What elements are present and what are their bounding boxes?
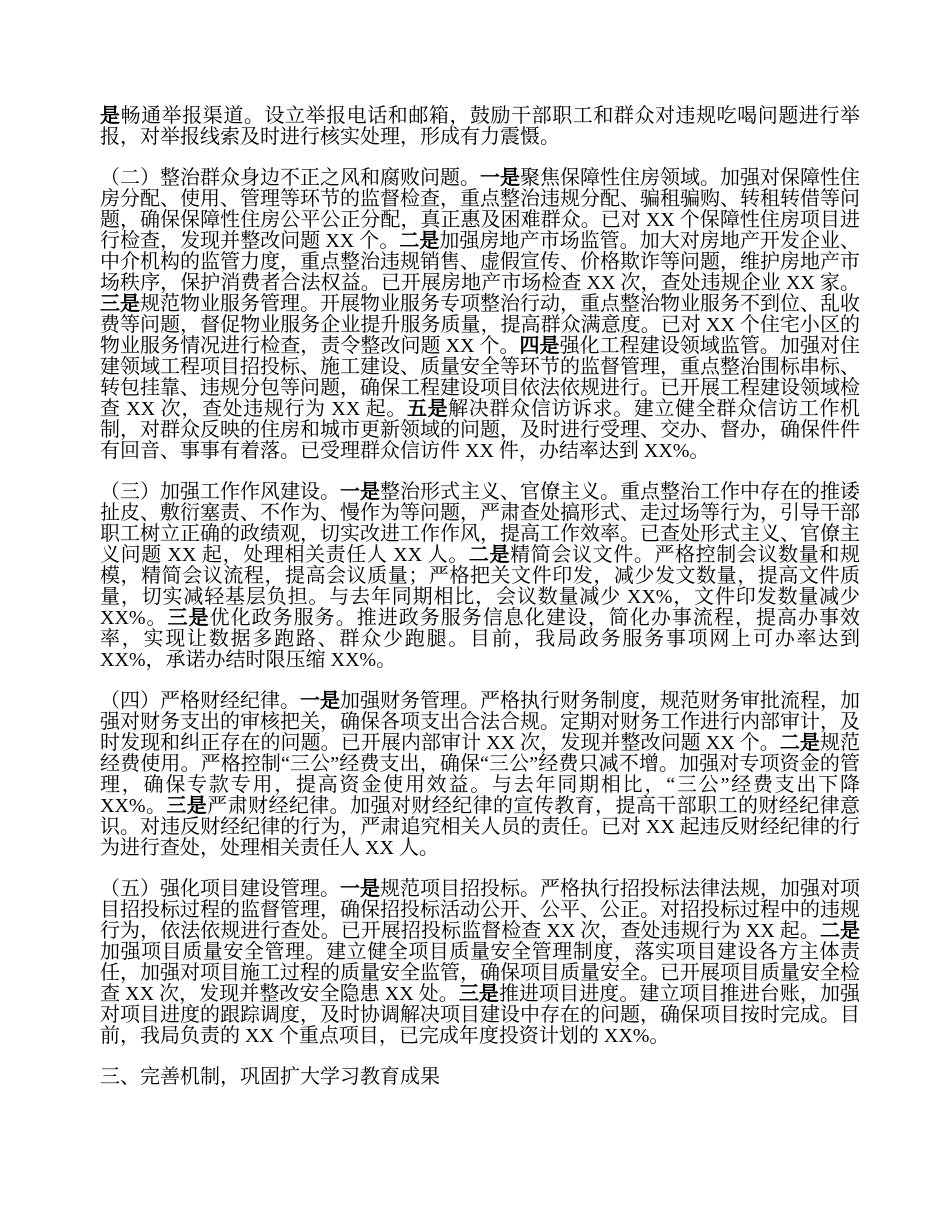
emphasis-run: 是: [100, 105, 121, 127]
section-heading: 三、完善机制，巩固扩大学习教育成果: [100, 1067, 860, 1088]
emphasis-run: 三是: [459, 983, 499, 1005]
paragraph: （三）加强工作作风建设。一是整治形式主义、官僚主义。重点整治工作中存在的推诿扯皮…: [100, 482, 860, 671]
text-run: 三、完善机制，巩固扩大学习教育成果: [100, 1066, 440, 1088]
paragraph: （四）严格财经纪律。一是加强财务管理。严格执行财务制度，规范财务审批流程，加强对…: [100, 691, 860, 859]
emphasis-run: 三是: [168, 607, 210, 629]
paragraph: （五）强化项目建设管理。一是规范项目招投标。严格执行招投标法律法规，加强对项目招…: [100, 879, 860, 1047]
emphasis-run: 三是: [100, 293, 140, 315]
emphasis-run: 五是: [407, 398, 448, 420]
text-run: 严肃财经纪律。加强对财经纪律的宣传教育，提高干部职工的财经纪律意识。对违反财经纪…: [100, 795, 860, 859]
emphasis-run: 二是: [399, 230, 439, 252]
emphasis-run: 二是: [469, 544, 510, 566]
paragraph: 是畅通举报渠道。设立举报电话和邮箱，鼓励干部职工和群众对违规吃喝问题进行举报，对…: [100, 106, 860, 148]
emphasis-run: 一是: [300, 690, 340, 712]
emphasis-run: 一是: [480, 167, 520, 189]
text-run: （五）强化项目建设管理。: [100, 878, 340, 900]
text-run: 畅通举报渠道。设立举报电话和邮箱，鼓励干部职工和群众对违规吃喝问题进行举报，对举…: [100, 105, 860, 148]
emphasis-run: 四是: [520, 335, 560, 357]
emphasis-run: 二是: [820, 920, 860, 942]
text-run: 优化政务服务。推进政务服务信息化建设，简化办事流程，提高办事效率，实现让数据多跑…: [100, 607, 860, 671]
emphasis-run: 三是: [166, 795, 207, 817]
emphasis-run: 一是: [340, 878, 380, 900]
emphasis-run: 二是: [780, 732, 820, 754]
text-run: （三）加强工作作风建设。: [100, 481, 340, 503]
paragraph: （二）整治群众身边不正之风和腐败问题。一是聚焦保障性住房领域。加强对保障性住房分…: [100, 168, 860, 462]
text-run: （二）整治群众身边不正之风和腐败问题。: [100, 167, 480, 189]
document-body: 是畅通举报渠道。设立举报电话和邮箱，鼓励干部职工和群众对违规吃喝问题进行举报，对…: [100, 106, 860, 1088]
document-page: 是畅通举报渠道。设立举报电话和邮箱，鼓励干部职工和群众对违规吃喝问题进行举报，对…: [0, 0, 950, 1230]
emphasis-run: 一是: [340, 481, 380, 503]
text-run: （四）严格财经纪律。: [100, 690, 300, 712]
